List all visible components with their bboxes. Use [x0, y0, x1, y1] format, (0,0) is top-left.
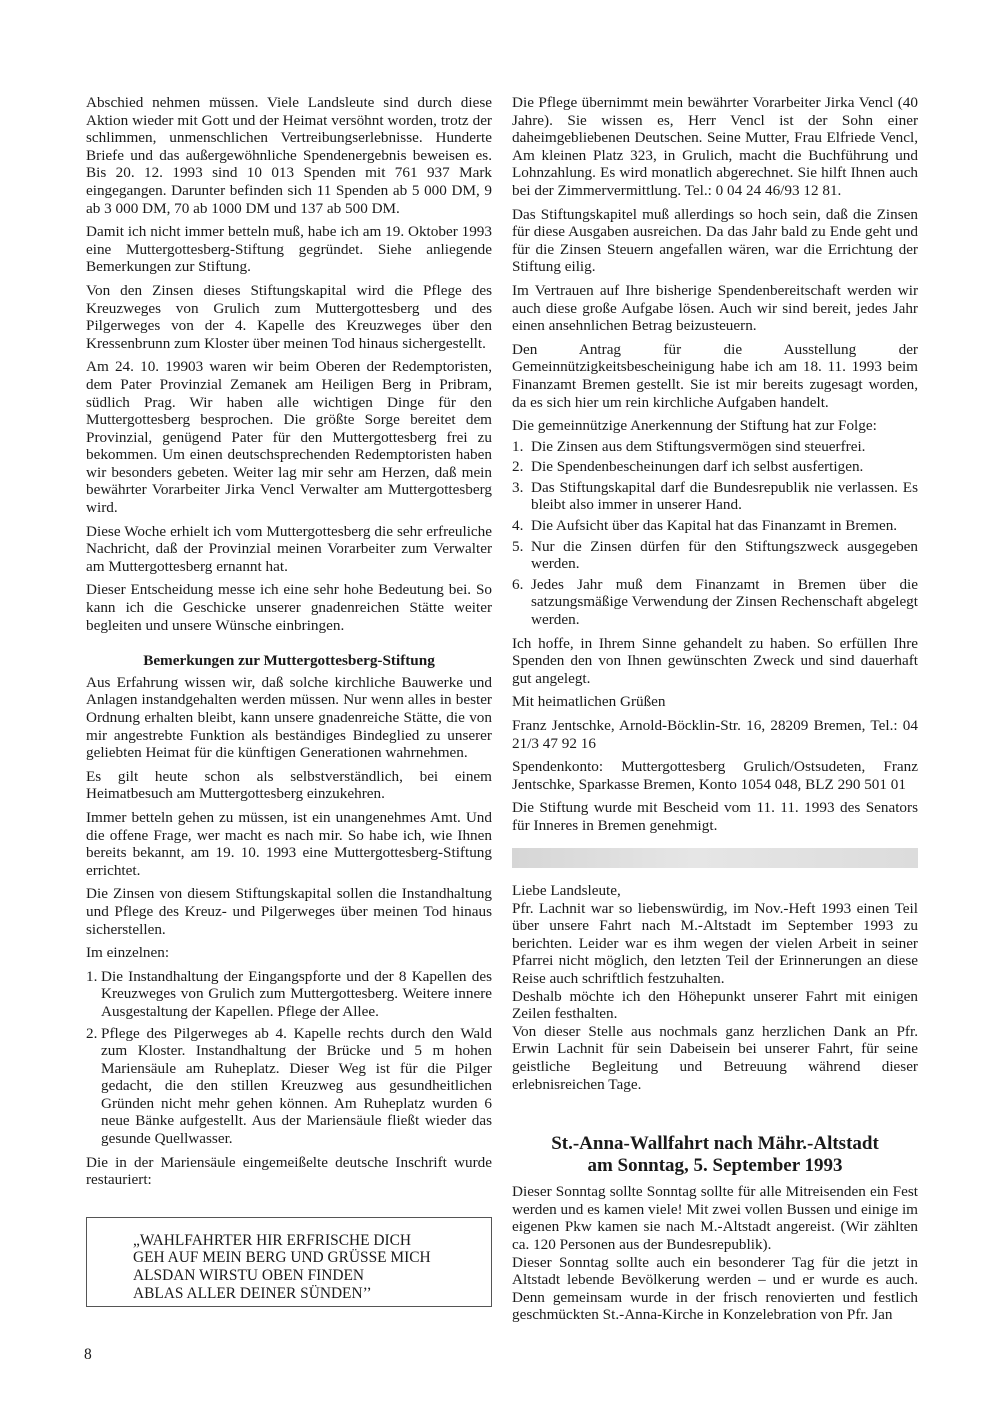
paragraph: Im Vertrauen auf Ihre bisherige Spendenb…	[512, 282, 918, 335]
left-column: Abschied nehmen müssen. Viele Landsleute…	[86, 94, 492, 1307]
paragraph: Aus Erfahrung wissen wir, daß solche kir…	[86, 674, 492, 762]
list-number: 2.	[512, 458, 523, 476]
list-number: 4.	[512, 517, 523, 535]
list-item: 1. Die Zinsen aus dem Stiftungsvermögen …	[512, 438, 918, 456]
list-number: 2.	[86, 1025, 97, 1043]
list-item: 2. Die Spendenbescheinungen darf ich sel…	[512, 458, 918, 476]
inscription-line: ALSDAN WIRSTU OBEN FINDEN	[133, 1267, 481, 1285]
list-number: 6.	[512, 576, 523, 594]
paragraph: Abschied nehmen müssen. Viele Landsleute…	[86, 94, 492, 217]
paragraph: Damit ich nicht immer betteln muß, habe …	[86, 223, 492, 276]
paragraph: Ich hoffe, in Ihrem Sinne gehandelt zu h…	[512, 635, 918, 688]
list-text: Die Spendenbescheinungen darf ich selbst…	[531, 458, 863, 475]
paragraph: Das Stiftungskapitel muß allerdings so h…	[512, 206, 918, 276]
salutation: Liebe Landsleute,	[512, 882, 918, 900]
list-number: 1.	[512, 438, 523, 456]
list-text: Pflege des Pilgerweges ab 4. Kapelle rec…	[101, 1025, 492, 1148]
paragraph: Im einzelnen:	[86, 944, 492, 962]
paragraph: Es gilt heute schon als selbstverständli…	[86, 768, 492, 803]
section-heading: Bemerkungen zur Muttergottesberg-Stiftun…	[86, 652, 492, 670]
sender-address: Franz Jentschke, Arnold-Böcklin-Str. 16,…	[512, 717, 918, 752]
list-text: Jedes Jahr muß dem Finanzamt in Bremen ü…	[531, 576, 918, 628]
donation-account: Spendenkonto: Muttergottesberg Grulich/O…	[512, 758, 918, 793]
inscription-line: GEH AUF MEIN BERG UND GRÜSSE MICH	[133, 1249, 481, 1267]
paragraph: Dieser Sonntag sollte auch ein besondere…	[512, 1254, 918, 1324]
paragraph: Die Stiftung wurde mit Bescheid vom 11. …	[512, 799, 918, 834]
inscription-line: ABLAS ALLER DEINER SÜNDEN’’	[133, 1285, 481, 1303]
inscription-line: „WAHLFAHRTER HIR ERFRISCHE DICH	[133, 1232, 481, 1250]
page-number: 8	[84, 1346, 92, 1364]
list-text: Die Aufsicht über das Kapital hat das Fi…	[531, 517, 897, 534]
paragraph: Diese Woche erhielt ich vom Muttergottes…	[86, 523, 492, 576]
list-number: 1.	[86, 968, 97, 986]
article-title-line: St.-Anna-Wallfahrt nach Mähr.-Altstadt	[512, 1133, 918, 1155]
list-item: 6. Jedes Jahr muß dem Finanzamt in Breme…	[512, 576, 918, 629]
paragraph: Immer betteln gehen zu müssen, ist ein u…	[86, 809, 492, 879]
separator-band	[512, 848, 918, 868]
paragraph: Von dieser Stelle aus nochmals ganz herz…	[512, 1023, 918, 1093]
right-column: Die Pflege übernimmt mein bewährter Vora…	[512, 94, 918, 841]
paragraph: Von den Zinsen dieses Stiftungskapital w…	[86, 282, 492, 352]
right-column-lower: Liebe Landsleute, Pfr. Lachnit war so li…	[512, 882, 918, 1324]
paragraph: Die gemeinnützige Anerkennung der Stiftu…	[512, 417, 918, 435]
article-title-line: am Sonntag, 5. September 1993	[512, 1155, 918, 1177]
list-item: 1. Die Instandhaltung der Eingangspforte…	[86, 968, 492, 1021]
paragraph: Den Antrag für die Ausstellung der Gemei…	[512, 341, 918, 411]
article-title: St.-Anna-Wallfahrt nach Mähr.-Altstadt a…	[512, 1133, 918, 1177]
numbered-list: 1. Die Zinsen aus dem Stiftungsvermögen …	[512, 438, 918, 629]
paragraph: Die Pflege übernimmt mein bewährter Vora…	[512, 94, 918, 200]
inscription-box: „WAHLFAHRTER HIR ERFRISCHE DICH GEH AUF …	[86, 1217, 492, 1307]
list-text: Die Instandhaltung der Eingangspforte un…	[101, 968, 492, 1020]
list-text: Das Stiftungskapital darf die Bundesrepu…	[531, 479, 918, 514]
list-item: 2. Pflege des Pilgerweges ab 4. Kapelle …	[86, 1025, 492, 1148]
paragraph: Pfr. Lachnit war so liebenswürdig, im No…	[512, 900, 918, 988]
numbered-list: 1. Die Instandhaltung der Eingangspforte…	[86, 968, 492, 1148]
list-item: 4. Die Aufsicht über das Kapital hat das…	[512, 517, 918, 535]
list-text: Die Zinsen aus dem Stiftungsvermögen sin…	[531, 438, 865, 455]
list-item: 5. Nur die Zinsen dürfen für den Stiftun…	[512, 538, 918, 573]
paragraph: Die Zinsen von diesem Stiftungskapital s…	[86, 885, 492, 938]
greeting: Mit heimatlichen Grüßen	[512, 693, 918, 711]
paragraph: Die in der Mariensäule eingemeißelte deu…	[86, 1154, 492, 1189]
paragraph: Dieser Sonntag sollte Sonntag sollte für…	[512, 1183, 918, 1253]
paragraph: Dieser Entscheidung messe ich eine sehr …	[86, 581, 492, 634]
list-text: Nur die Zinsen dürfen für den Stiftungsz…	[531, 538, 918, 573]
list-number: 5.	[512, 538, 523, 556]
paragraph: Am 24. 10. 19903 waren wir beim Oberen d…	[86, 358, 492, 516]
paragraph: Deshalb möchte ich den Höhepunkt unserer…	[512, 988, 918, 1023]
list-number: 3.	[512, 479, 523, 497]
list-item: 3. Das Stiftungskapital darf die Bundesr…	[512, 479, 918, 514]
